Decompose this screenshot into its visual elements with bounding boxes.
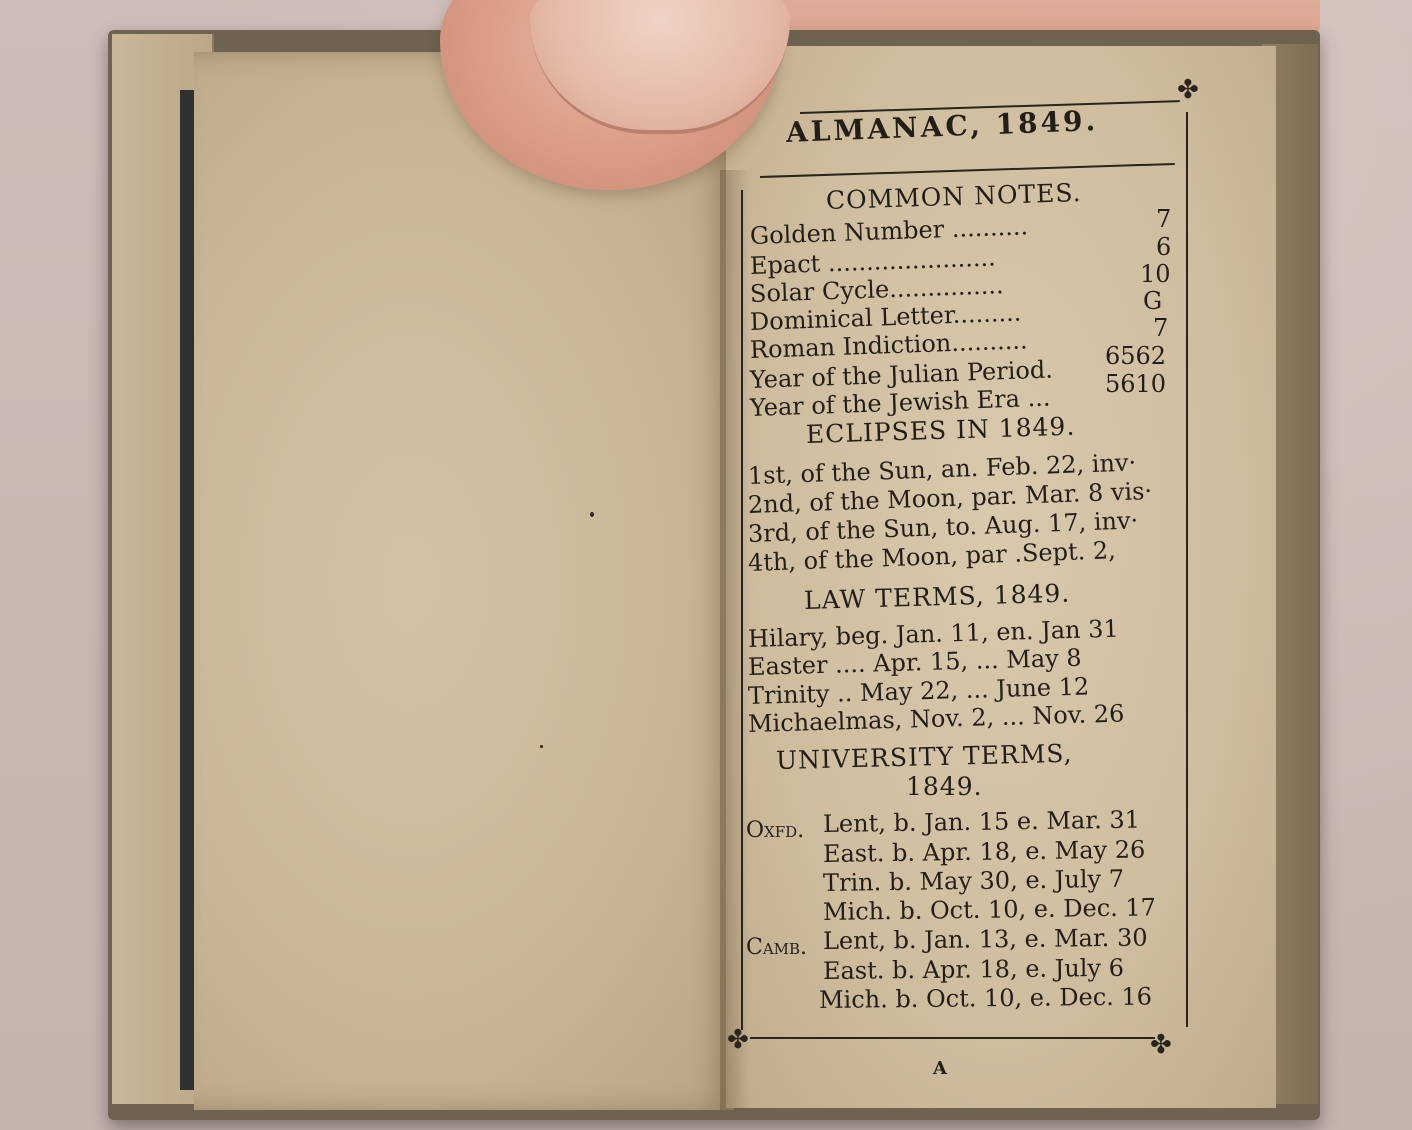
masthead-rule [760, 163, 1175, 178]
right-frame-rule [1186, 112, 1188, 1027]
common-notes-value: 6562 [1105, 342, 1166, 370]
ornament-icon: ✤ [1150, 1032, 1172, 1058]
oxford-label: Oxfd. [746, 818, 804, 843]
oxford-term-row: East. b. Apr. 18, e. May 26 [823, 836, 1146, 868]
signature-mark: A [933, 1058, 947, 1079]
common-notes-heading: COMMON NOTES. [826, 178, 1082, 215]
oxford-term-row: Trin. b. May 30, e. July 7 [823, 865, 1124, 897]
oxford-term-row: Mich. b. Oct. 10, e. Dec. 17 [823, 893, 1156, 926]
common-notes-value: 6 [1156, 233, 1171, 261]
left-frame-rule [741, 190, 743, 1030]
university-terms-year: 1849. [906, 772, 983, 801]
cambridge-term-row: East. b. Apr. 18, e. July 6 [823, 954, 1124, 985]
oxford-term-row: Lent, b. Jan. 15 e. Mar. 31 [823, 806, 1140, 838]
cambridge-term-row: Lent, b. Jan. 13, e. Mar. 30 [823, 924, 1148, 955]
bottom-rule [750, 1037, 1155, 1039]
university-terms-heading: UNIVERSITY TERMS, [776, 739, 1073, 775]
common-notes-value: 10 [1140, 260, 1171, 288]
ornament-icon: ✤ [1177, 77, 1199, 103]
cambridge-term-row: Mich. b. Oct. 10, e. Dec. 16 [819, 983, 1152, 1014]
ornament-icon: ✤ [727, 1027, 749, 1053]
law-terms-heading: LAW TERMS, 1849. [804, 579, 1071, 615]
common-notes-value: G [1143, 287, 1162, 315]
common-notes-value: 7 [1156, 205, 1171, 233]
cambridge-label: Camb. [746, 935, 807, 960]
common-notes-value: 7 [1153, 314, 1168, 342]
common-notes-value: 5610 [1105, 370, 1166, 398]
almanac-text: ✤ ✤ ✤ ALMANAC, 1849. COMMON NOTES. Golde… [0, 0, 1412, 1130]
